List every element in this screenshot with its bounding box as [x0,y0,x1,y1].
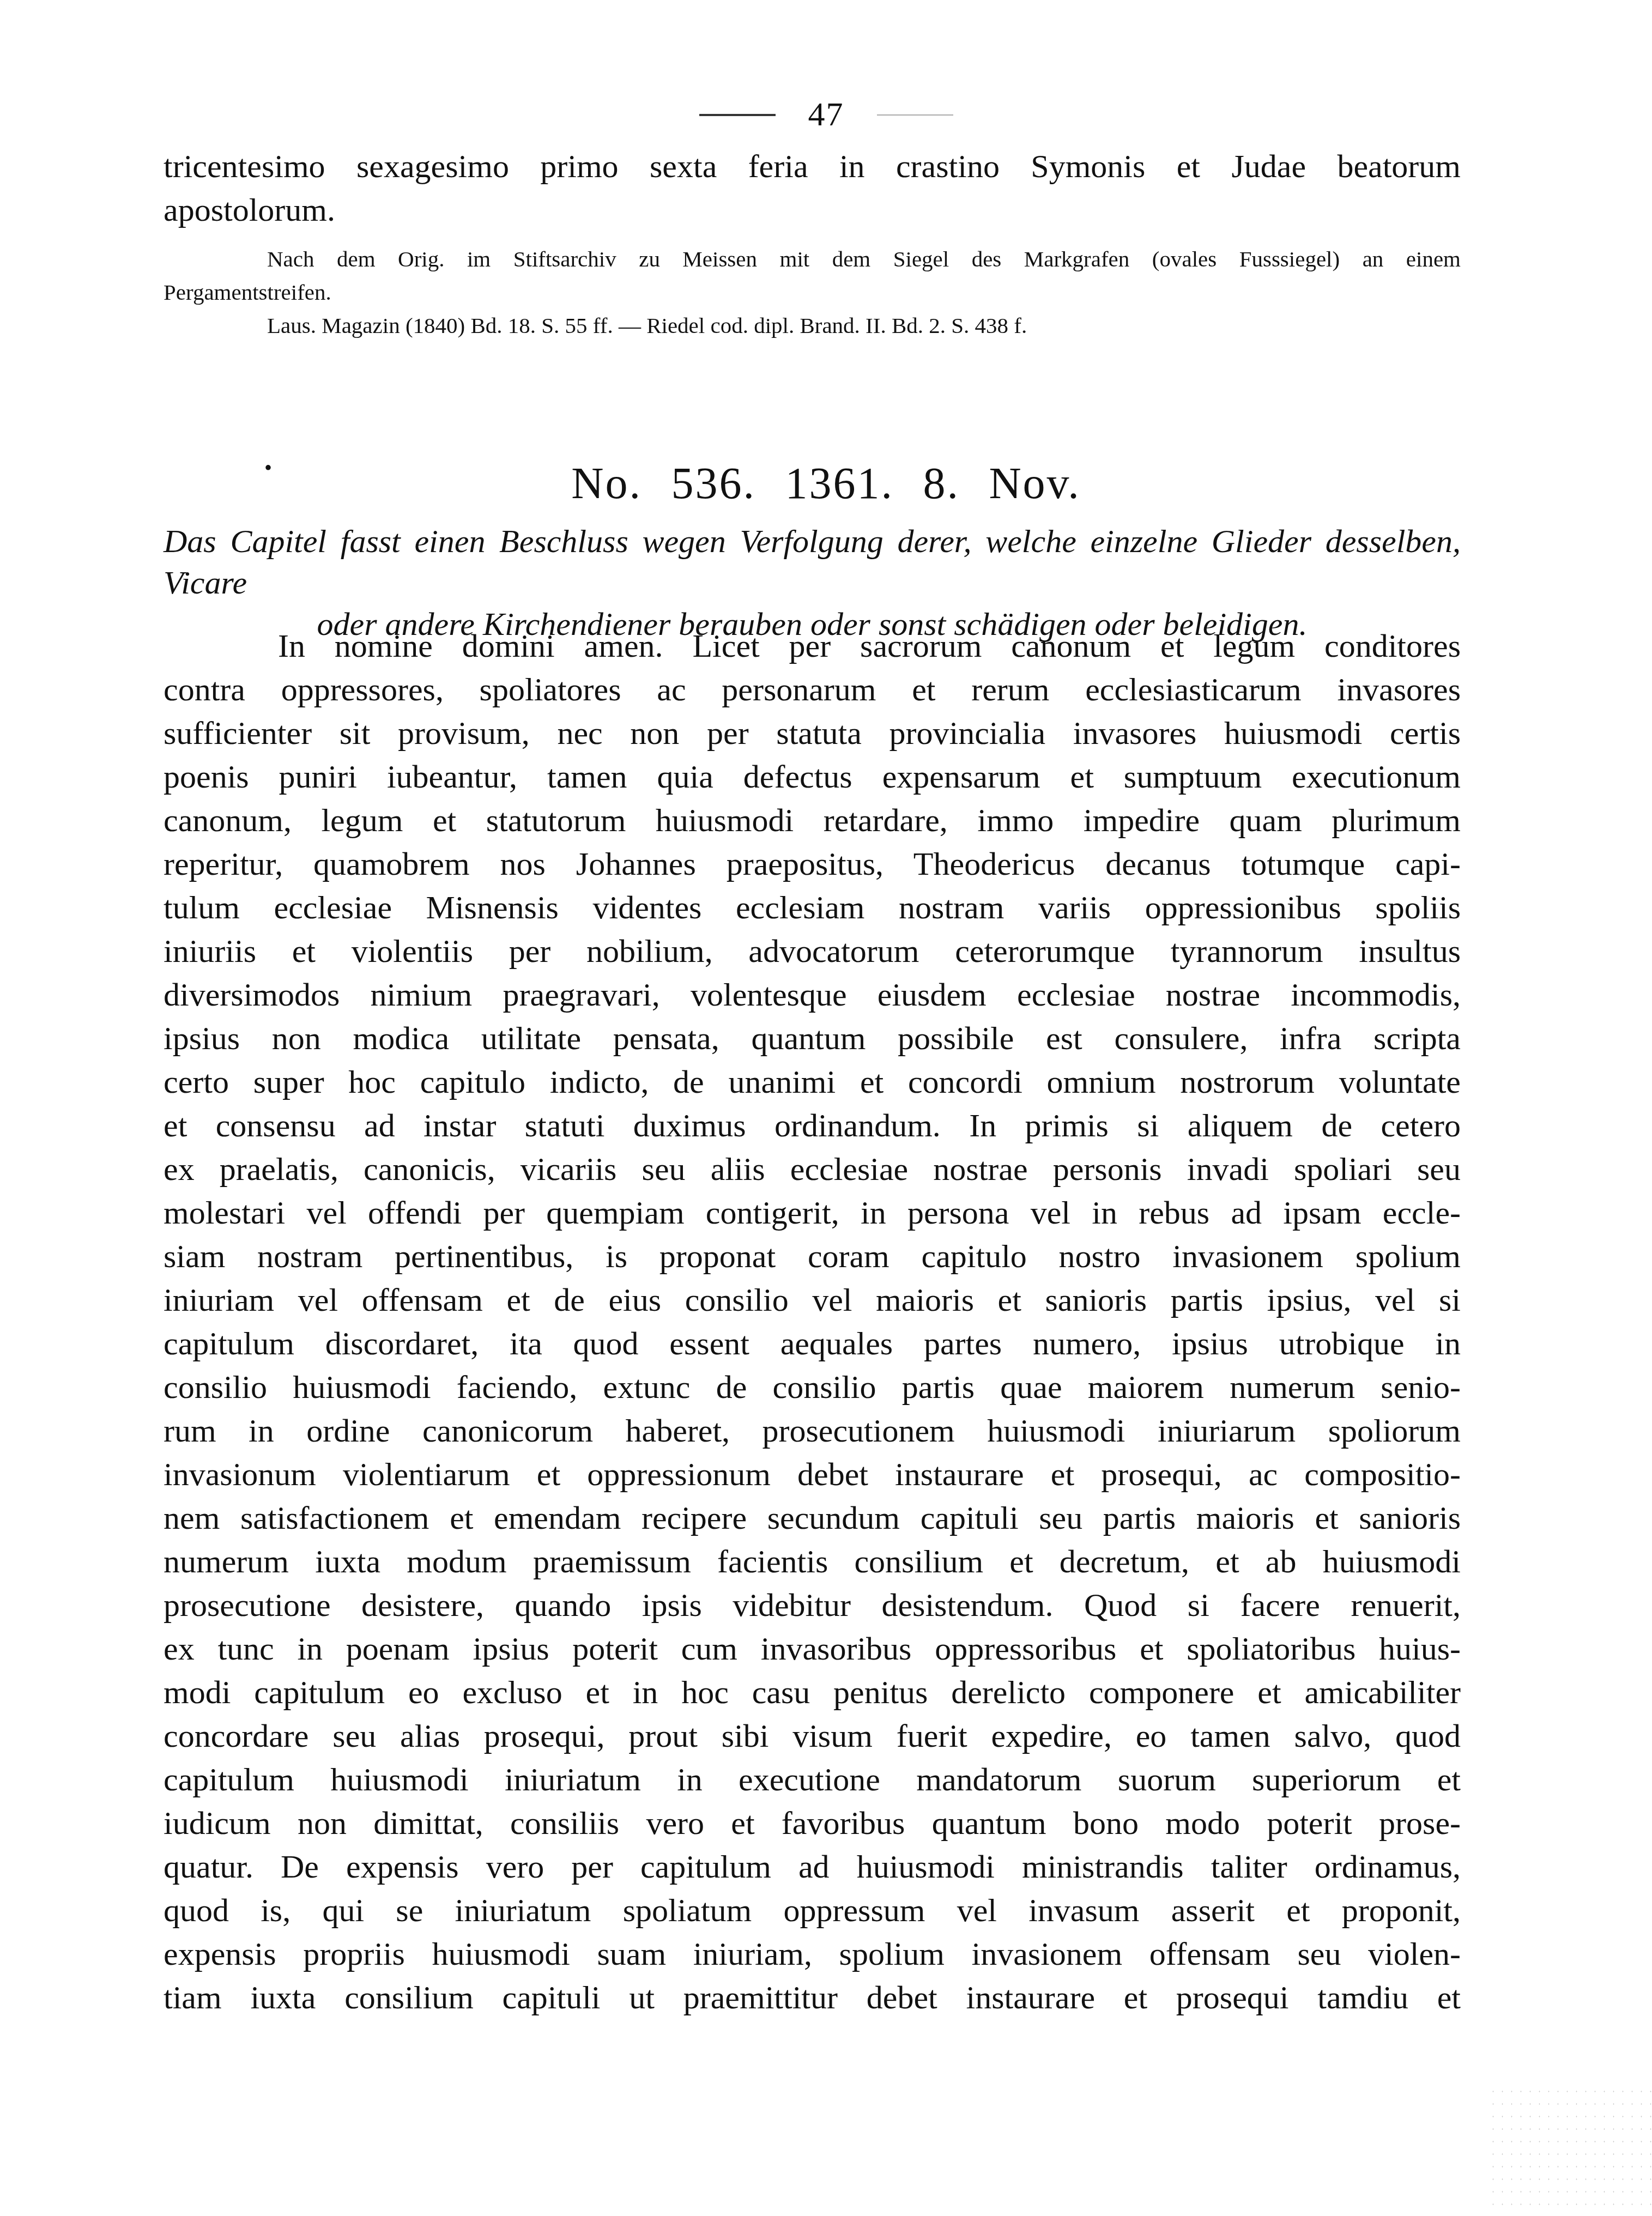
continuation-text: tricentesimo sexagesimo primo sexta feri… [164,144,1461,232]
body-line: tiam iuxta consilium capituli ut praemit… [164,1976,1461,2019]
running-head: 47 [0,95,1652,134]
body-line: diversimodos nimium praegravari, volente… [164,973,1461,1016]
body-line: ipsius non modica utilitate pensata, qua… [164,1016,1461,1060]
source-note: Nach dem Orig. im Stiftsarchiv zu Meisse… [164,243,1461,276]
regest-line: Das Capitel fasst einen Beschluss wegen … [164,520,1461,603]
body-line: quatur. De expensis vero per capitulum a… [164,1845,1461,1888]
body-line: ex tunc in poenam ipsius poterit cum inv… [164,1627,1461,1670]
body-line: concordare seu alias prosequi, prout sib… [164,1714,1461,1758]
body-line: tulum ecclesiae Misnensis videntes eccle… [164,886,1461,929]
document-date: 8. Nov. [923,458,1080,508]
body-line: contra oppressores, spoliatores ac perso… [164,668,1461,711]
document-year: 1361. [785,458,894,508]
body-line: expensis propriis huiusmodi suam iniuria… [164,1932,1461,1976]
continuation-line: tricentesimo sexagesimo primo sexta feri… [164,144,1461,188]
body-line: capitulum huiusmodi iniuriatum in execut… [164,1758,1461,1801]
header-rule-left [699,114,776,116]
continuation-line: apostolorum. [164,188,1461,232]
body-line: rum in ordine canonicorum haberet, prose… [164,1409,1461,1452]
body-line: prosecutione desistere, quando ipsis vid… [164,1583,1461,1627]
body-line: et consensu ad instar statuti duximus or… [164,1104,1461,1147]
body-line: siam nostram pertinentibus, is proponat … [164,1234,1461,1278]
body-line: canonum, legum et statutorum huiusmodi r… [164,798,1461,842]
document-page: 47 tricentesimo sexagesimo primo sexta f… [0,0,1652,2216]
body-line: molestari vel offendi per quempiam conti… [164,1191,1461,1234]
body-line: certo super hoc capitulo indicto, de una… [164,1060,1461,1104]
body-line: ex praelatis, canonicis, vicariis seu al… [164,1147,1461,1191]
body-line: nem satisfactionem et emendam recipere s… [164,1496,1461,1540]
body-line: sufficienter sit provisum, nec non per s… [164,711,1461,755]
source-notes: Nach dem Orig. im Stiftsarchiv zu Meisse… [164,243,1461,342]
body-line: consilio huiusmodi faciendo, extunc de c… [164,1365,1461,1409]
body-line: iniuriam vel offensam et de eius consili… [164,1278,1461,1322]
header-rule-right [877,114,953,116]
body-line: quod is, qui se iniuriatum spoliatum opp… [164,1888,1461,1932]
document-body: In nomine domini amen. Licet per sacroru… [164,624,1461,2019]
body-line: poenis puniri iubeantur, tamen quia defe… [164,755,1461,798]
body-line: iniuriis et violentiis per nobilium, adv… [164,929,1461,973]
body-line: capitulum discordaret, ita quod essent a… [164,1322,1461,1365]
document-heading: No. 536. 1361. 8. Nov. [0,458,1652,509]
body-line: In nomine domini amen. Licet per sacroru… [164,624,1461,668]
source-note-continued: Pergamentstreifen. [164,276,1461,309]
body-line: numerum iuxta modum praemissum facientis… [164,1540,1461,1583]
page-number: 47 [808,95,844,134]
body-line: invasionum violentiarum et oppressionum … [164,1452,1461,1496]
body-line: iudicum non dimittat, consiliis vero et … [164,1801,1461,1845]
body-line: modi capitulum eo excluso et in hoc casu… [164,1670,1461,1714]
scan-noise [1488,2085,1652,2216]
document-number: No. 536. [571,458,756,508]
literature-note: Laus. Magazin (1840) Bd. 18. S. 55 ff. —… [164,309,1461,342]
body-line: reperitur, quamobrem nos Johannes praepo… [164,842,1461,886]
